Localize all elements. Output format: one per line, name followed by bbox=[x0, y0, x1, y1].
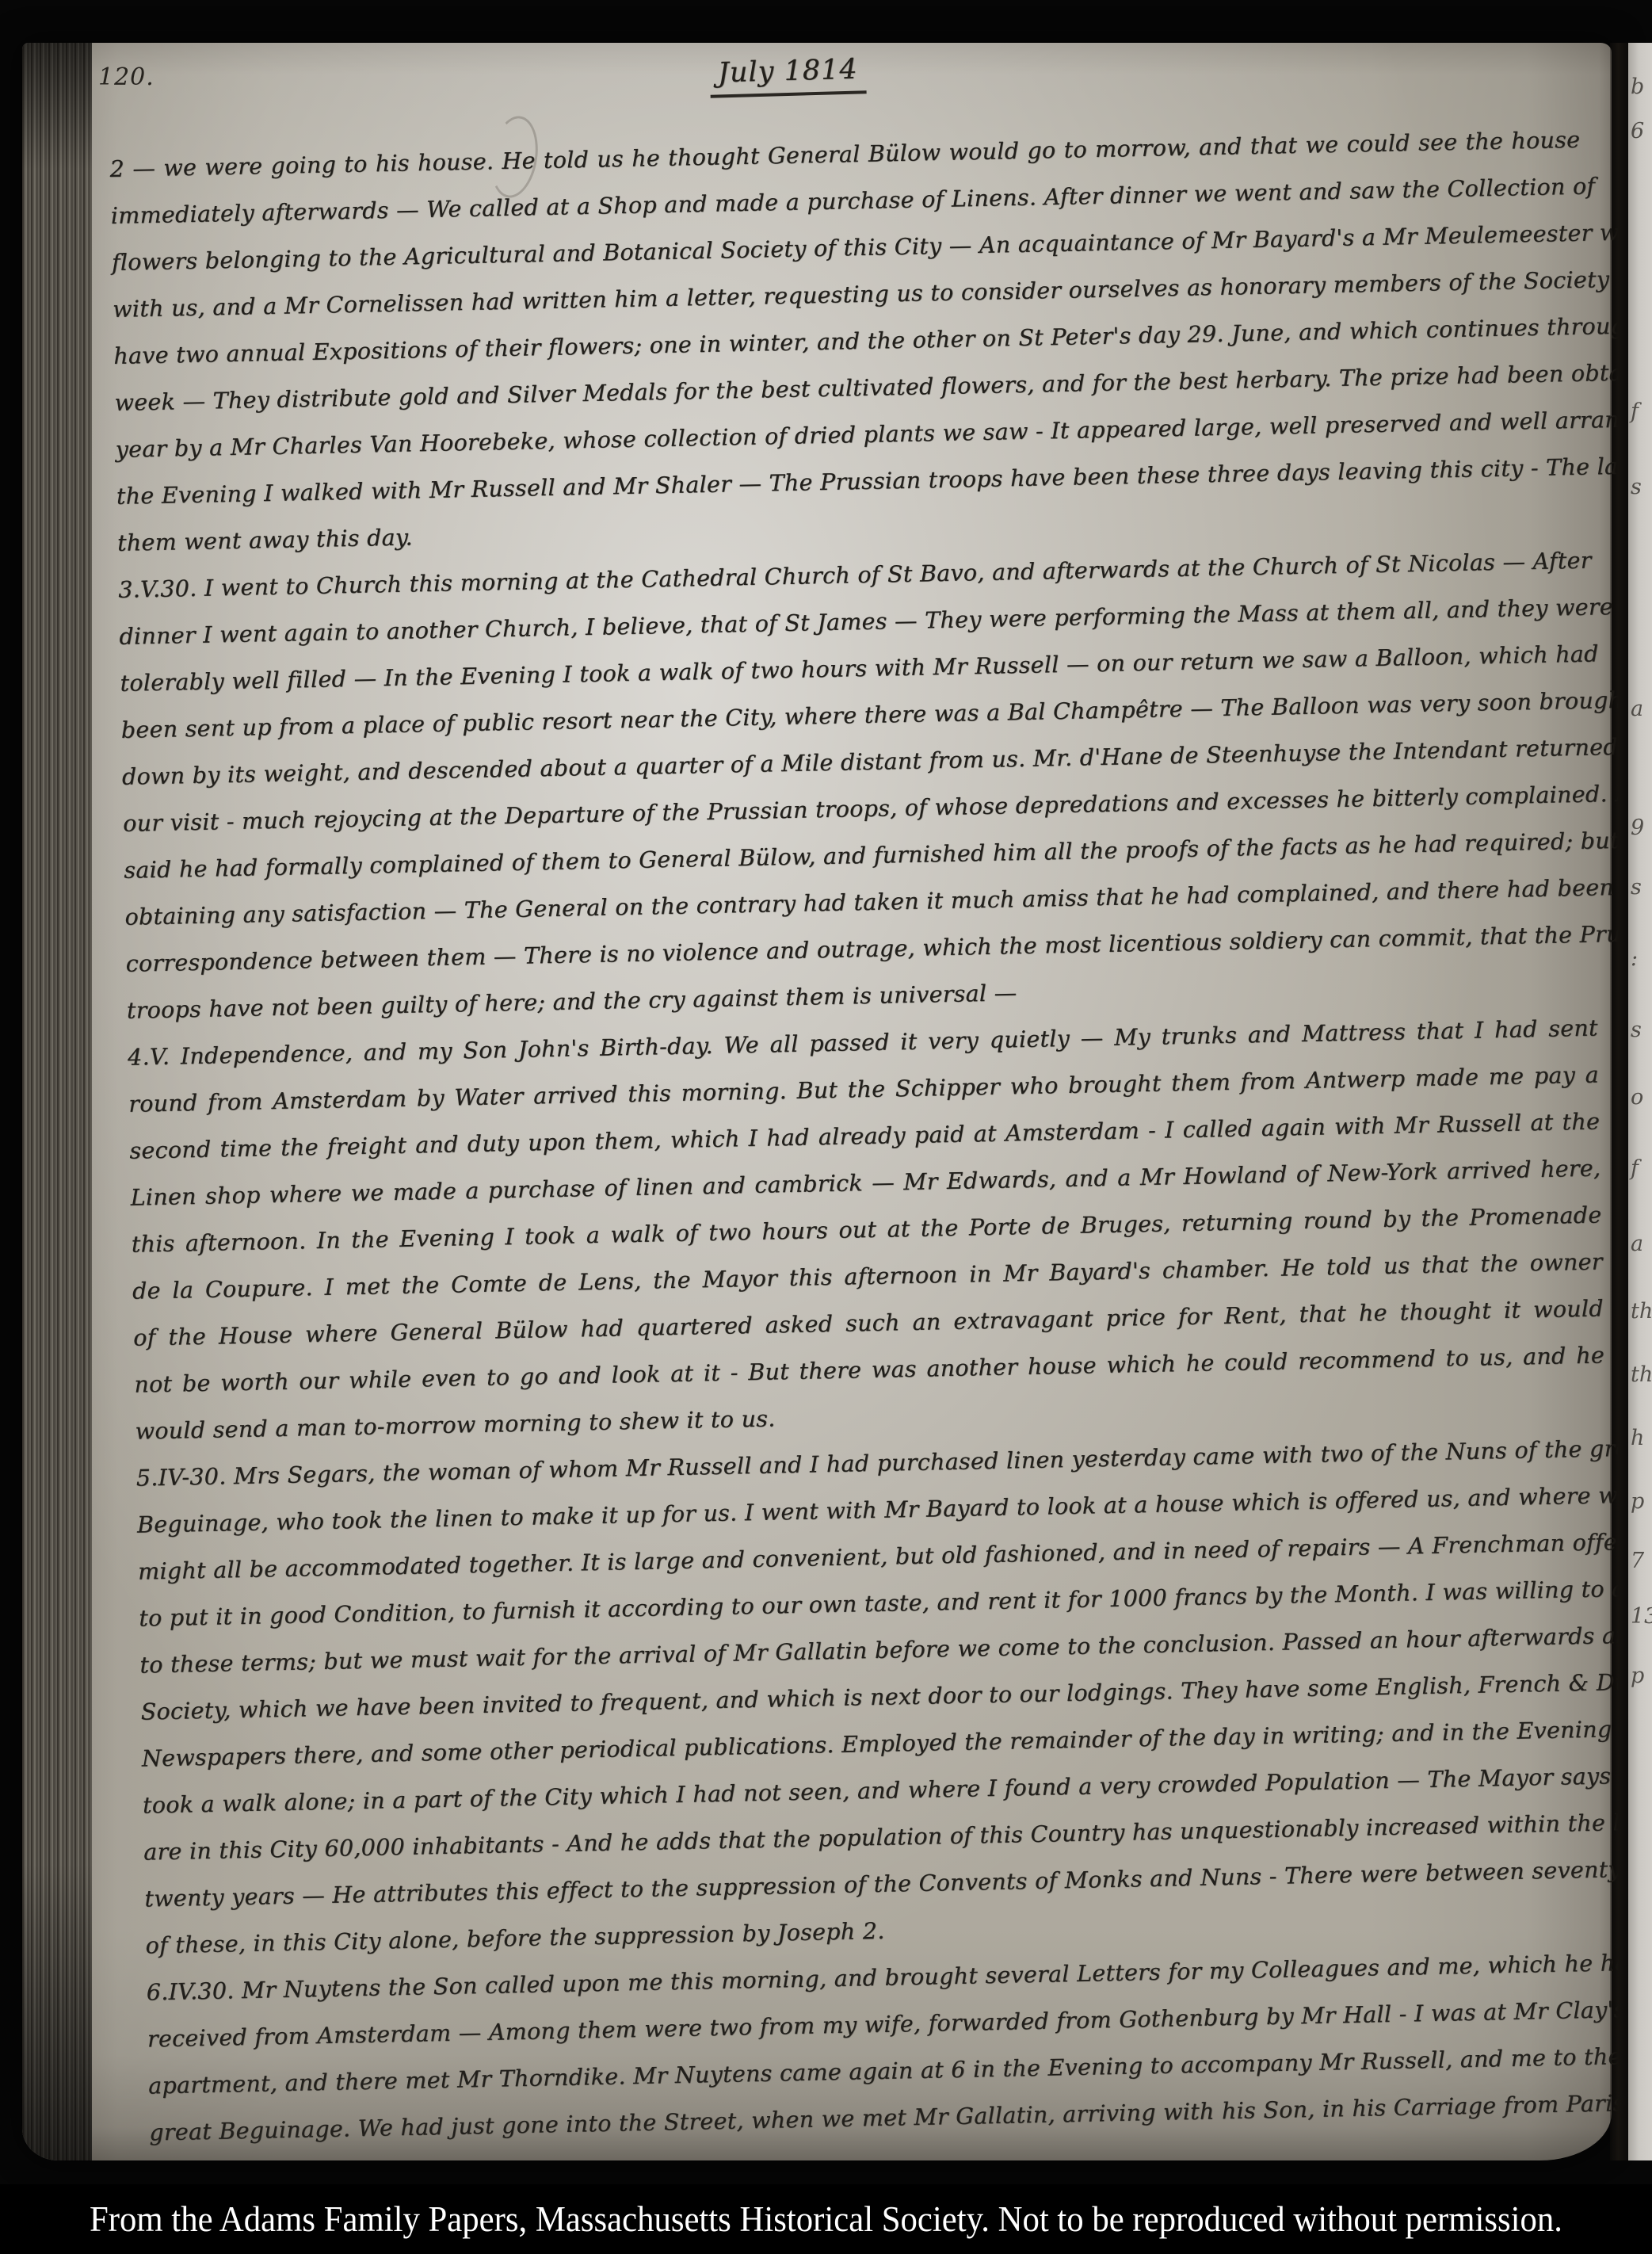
scan-root: 120. July 1814 2 — we were going to his … bbox=[0, 0, 1652, 2254]
manuscript-text: 2 — we were going to his house. He told … bbox=[109, 117, 1620, 2157]
adjacent-page-text-fragment: f bbox=[1631, 399, 1639, 424]
adjacent-page-text-fragment: s bbox=[1631, 875, 1642, 900]
adjacent-page-text-fragment: p bbox=[1631, 1489, 1644, 1514]
adjacent-page-text-fragment: p bbox=[1631, 1664, 1644, 1688]
book-page-edges bbox=[22, 43, 92, 2160]
adjacent-page-text-fragment: 9 bbox=[1631, 816, 1644, 840]
adjacent-page-text-fragment: a bbox=[1631, 697, 1643, 721]
page-header: July 1814 bbox=[709, 53, 866, 97]
adjacent-page-text-fragment: h bbox=[1631, 1426, 1644, 1450]
adjacent-page-text-fragment: a bbox=[1631, 1232, 1643, 1256]
adjacent-page-text-fragment: b bbox=[1631, 74, 1644, 99]
adjacent-page-text-fragment: th bbox=[1631, 1362, 1652, 1387]
book-gutter bbox=[1610, 43, 1628, 2160]
adjacent-page-text-fragment: o bbox=[1631, 1085, 1643, 1110]
adjacent-page-text-fragment: : bbox=[1631, 946, 1638, 971]
adjacent-page-text-fragment: s bbox=[1631, 1018, 1642, 1042]
caption-text: From the Adams Family Papers, Massachuse… bbox=[41, 2184, 1611, 2254]
adjacent-page-text-fragment: f bbox=[1631, 1156, 1639, 1181]
adjacent-page-sliver: b6fsa9s:sofaththhp713p bbox=[1628, 43, 1652, 2160]
adjacent-page-text-fragment: 13 bbox=[1631, 1604, 1652, 1629]
page-number: 120. bbox=[98, 63, 155, 91]
adjacent-page-text-fragment: 7 bbox=[1631, 1549, 1644, 1573]
caption-bar: From the Adams Family Papers, Massachuse… bbox=[0, 2184, 1652, 2254]
manuscript-page: 120. July 1814 2 — we were going to his … bbox=[22, 43, 1612, 2160]
adjacent-page-text-fragment: th bbox=[1631, 1299, 1652, 1324]
adjacent-page-text-fragment: 6 bbox=[1631, 119, 1644, 143]
adjacent-page-text-fragment: s bbox=[1631, 475, 1642, 499]
